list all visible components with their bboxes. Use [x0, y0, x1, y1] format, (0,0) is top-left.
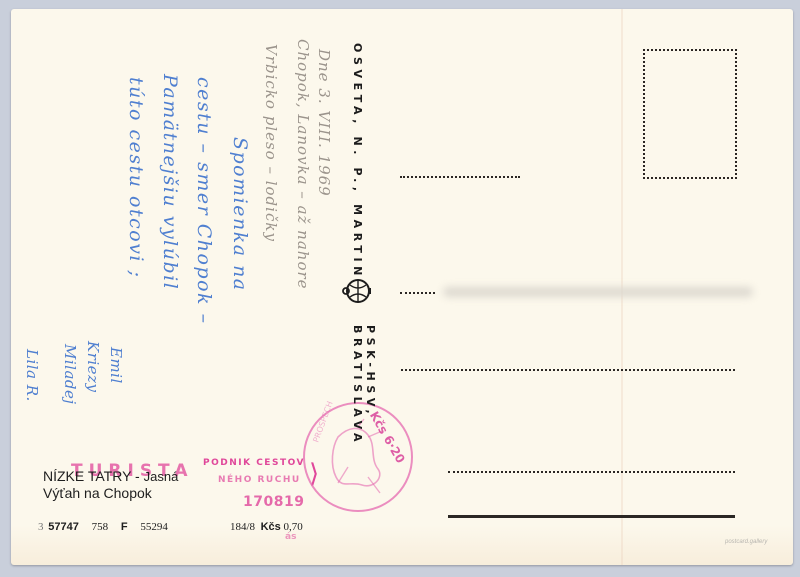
code-2: 758 [92, 521, 109, 533]
pencil-note-line-2: Chopok, Lanovka – až nahore [294, 39, 312, 290]
address-line-2 [400, 292, 435, 294]
code-3: 55294 [140, 521, 168, 533]
ink-note-line-2: cestu – smer Chopok – [193, 77, 215, 325]
price-amount: 0,70 [284, 521, 303, 533]
watermark: postcard.gallery [725, 539, 767, 545]
svg-text:PROSPECH: PROSPECH [311, 400, 334, 444]
code-1: 57747 [48, 521, 79, 533]
signature-line-2: Kriezy [84, 341, 102, 392]
address-line-4 [448, 471, 735, 473]
podnik-stamp-line-1: PODNIK CESTOV [203, 458, 305, 468]
ink-note-line-4: túto cestu otcovi ; [125, 77, 147, 278]
address-line-3 [401, 369, 735, 371]
price-info: 184/8 Kčs 0,70 [230, 521, 303, 533]
publisher-top: OSVETA, N. P., MARTIN [351, 43, 364, 280]
publisher-bottom: PSK-HSV, BRATISLAVA [351, 325, 377, 533]
stamp-fragment: ás [285, 532, 296, 542]
caption-line-2: Výťah na Chopok [43, 485, 178, 502]
address-line-5 [448, 515, 735, 518]
podnik-stamp-line-2: NÉHO RUCHU [218, 475, 301, 485]
pencil-note-line-3: Vrbicko pleso – lodičky [262, 44, 280, 242]
ink-note-line-1: Spomienka na [229, 137, 251, 292]
pencil-note-line-1: Dne 3. VIII. 1969 [315, 49, 333, 197]
ink-note-line-3: Pamätnejšiu vylúbil [159, 74, 181, 290]
signature-line-3: Miladej [61, 344, 79, 405]
caption-place: Jasná [144, 469, 179, 484]
code-letter: F [121, 521, 128, 533]
code-prefix: 3 [38, 521, 44, 533]
address-line-1 [400, 176, 520, 178]
publisher-emblem-icon [342, 271, 372, 311]
picture-caption: NÍZKE TATRY - Jasná Výťah na Chopok [43, 468, 178, 502]
catalog-codes: 3 57747 758 F 55294 [38, 521, 168, 533]
redacted-address [443, 287, 753, 297]
signature-line-1: Emil [107, 347, 125, 384]
price-ref: 184/8 [230, 521, 255, 533]
postage-stamp-box [643, 49, 737, 179]
stamp-number: 170819 [243, 494, 304, 510]
price-currency: Kčs [261, 521, 281, 533]
postcard-back: Dne 3. VIII. 1969 Chopok, Lanovka – až n… [11, 9, 793, 565]
signature-line-4: Lila R. [23, 349, 41, 402]
caption-title: NÍZKE TATRY - [43, 468, 140, 484]
